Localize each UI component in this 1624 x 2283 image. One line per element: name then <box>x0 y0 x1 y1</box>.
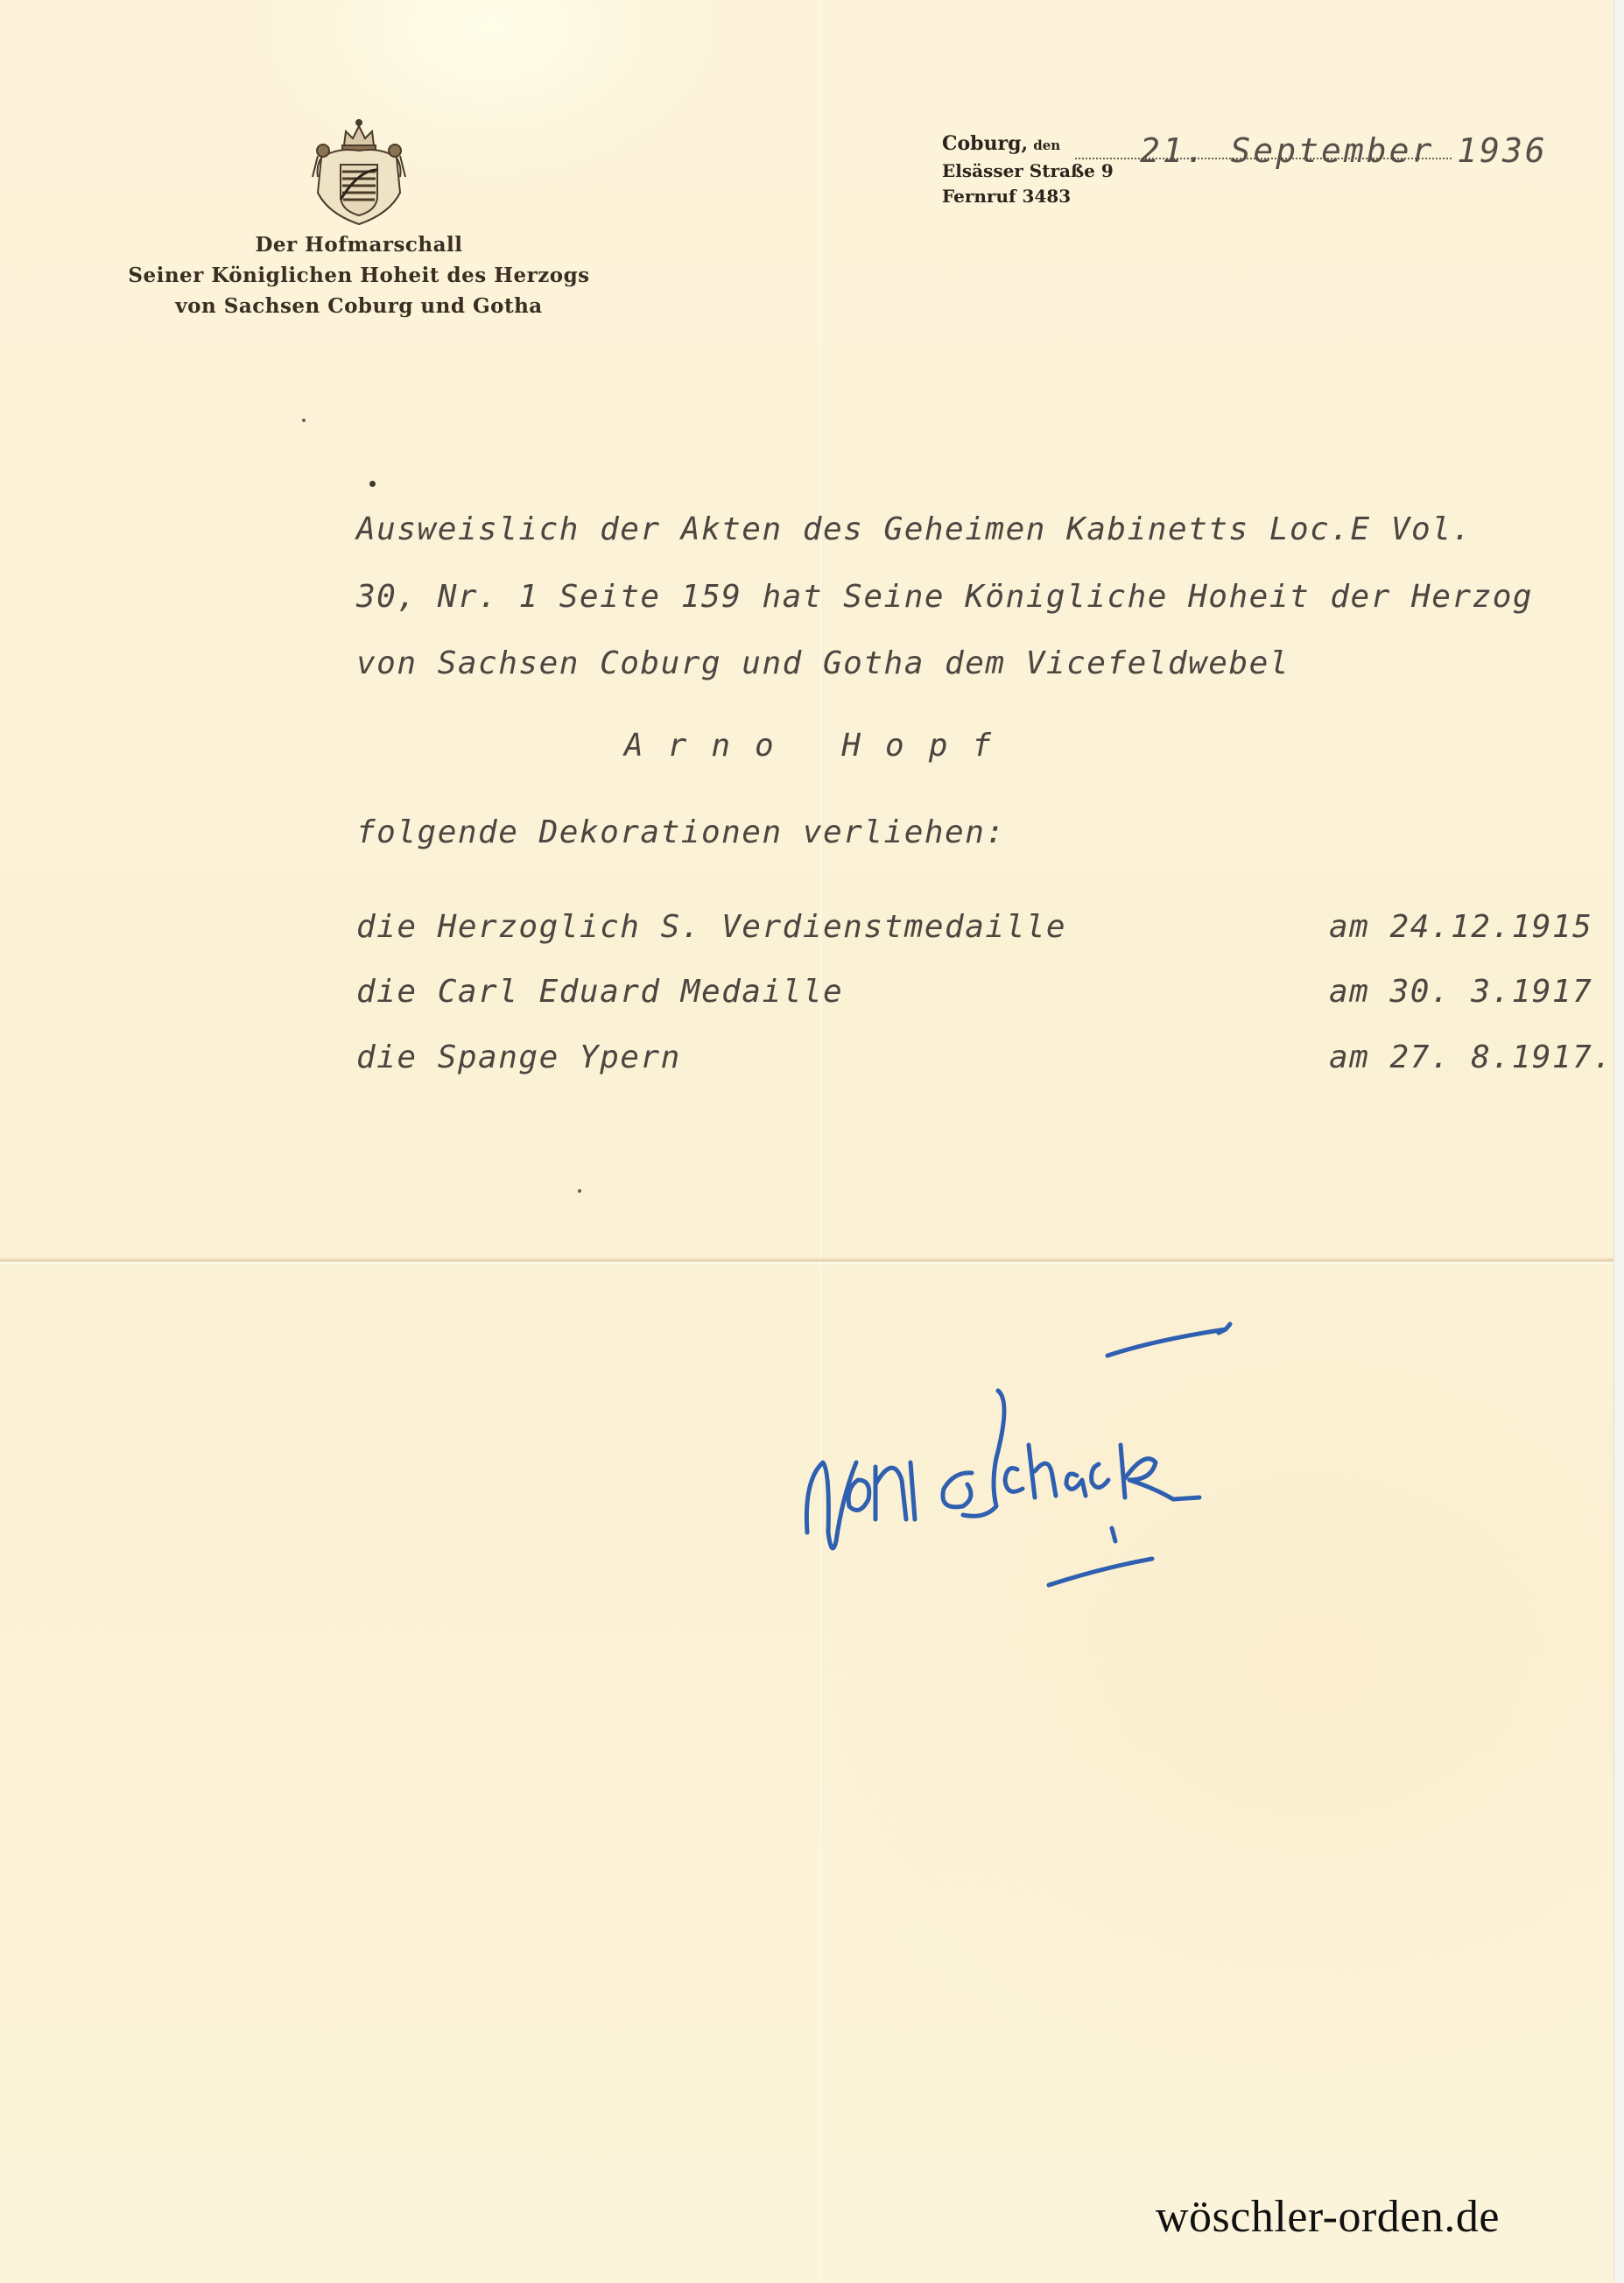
place-and-address: Coburg,den Elsässer Straße 9 Fernruf 348… <box>942 131 1114 209</box>
letterhead: Der Hofmarschall Seiner Königlichen Hohe… <box>105 229 613 321</box>
street-address: Elsässer Straße 9 <box>942 159 1114 184</box>
city: Coburg, <box>942 132 1028 155</box>
award-date: am 24.12.1915 <box>1329 909 1592 945</box>
body-line-4: folgende Dekorationen verliehen: <box>356 814 1006 850</box>
paper-speck <box>578 1189 581 1193</box>
vertical-fold-crease <box>819 0 823 2283</box>
paper-speck <box>302 419 306 422</box>
award-name: die Herzoglich S. Verdienstmedaille <box>356 909 1066 945</box>
award-date: am 27. 8.1917. <box>1329 1039 1613 1075</box>
den-label: den <box>1033 137 1060 153</box>
letterhead-title: Der Hofmarschall <box>105 229 613 260</box>
city-line: Coburg,den <box>942 131 1114 159</box>
body-line-3: von Sachsen Coburg und Gotha dem Vicefel… <box>356 645 1290 681</box>
ducal-coat-of-arms-icon <box>302 116 416 229</box>
body-line-1: Ausweislich der Akten des Geheimen Kabin… <box>356 511 1473 547</box>
award-name: die Carl Eduard Medaille <box>356 974 843 1010</box>
horizontal-fold-crease <box>0 1258 1613 1266</box>
scanner-edge <box>1613 0 1624 2283</box>
watermark: wöschler-orden.de <box>1156 2191 1500 2243</box>
letter-date: 21. September 1936 <box>1140 131 1548 170</box>
letter-paper <box>0 0 1613 2283</box>
award-name: die Spange Ypern <box>356 1039 681 1075</box>
letterhead-house: von Sachsen Coburg und Gotha <box>105 291 613 321</box>
body-line-2: 30, Nr. 1 Seite 159 hat Seine Königliche… <box>356 579 1533 615</box>
phone-number: Fernruf 3483 <box>942 184 1114 209</box>
letterhead-subtitle: Seiner Königlichen Hoheit des Herzogs <box>105 260 613 291</box>
award-date: am 30. 3.1917 <box>1329 974 1592 1010</box>
recipient-name: Arno Hopf <box>624 728 1016 764</box>
handwritten-signature <box>788 1270 1576 1638</box>
typed-dot-mark <box>369 481 376 487</box>
